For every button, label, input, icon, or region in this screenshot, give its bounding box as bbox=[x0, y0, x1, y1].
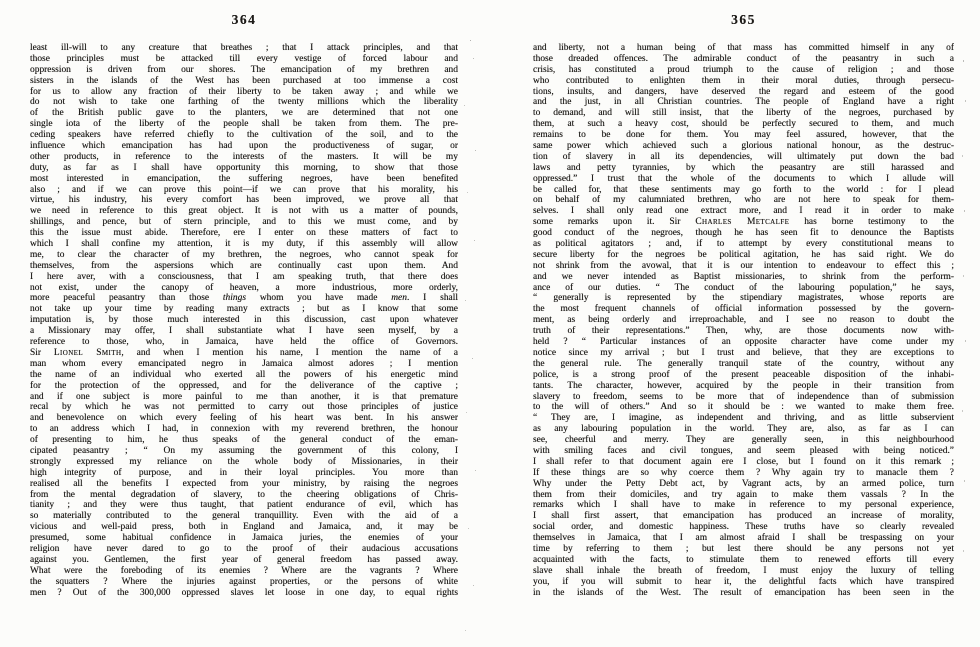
text-line: “ generally is represented by the stipen… bbox=[533, 293, 954, 304]
page-text-left: least ill-will to any creature that brea… bbox=[30, 43, 458, 598]
text-line: selves. I shall only read one extract mo… bbox=[533, 206, 954, 217]
text-line: do not wish to take one farthing of the … bbox=[30, 97, 458, 108]
text-line: be called for, that these sentiments may… bbox=[533, 185, 954, 196]
text-line: themselves in Jamaica, that I am almost … bbox=[533, 533, 954, 544]
text-line: shillings, and pence, but of stern princ… bbox=[30, 217, 458, 228]
text-line: other products, in reference to the inte… bbox=[30, 152, 458, 163]
text-line: What were the foreboding of its enemies … bbox=[30, 566, 458, 577]
page-text-right: and liberty, not a human being of that m… bbox=[533, 43, 954, 598]
text-line: virtue, his industry, his every comfort … bbox=[30, 195, 458, 206]
text-line: those principles must be attacked till e… bbox=[30, 54, 458, 65]
text-line: same power which achieved such a gloriou… bbox=[533, 141, 954, 152]
text-segment: some remarks upon it. Sir bbox=[533, 217, 695, 227]
text-line: imputation is, by those much interested … bbox=[30, 315, 458, 326]
text-line: ance of our duties. “ The conduct of the… bbox=[533, 283, 954, 294]
text-segment-italic: men bbox=[391, 293, 407, 303]
text-line: truth of their representations.” Then, w… bbox=[533, 326, 954, 337]
text-line: for the protection of the oppressed, and… bbox=[30, 381, 458, 392]
text-line: presumed, some habitual confidence in Ja… bbox=[30, 533, 458, 544]
text-line: notice since my arrival ; but I trust an… bbox=[533, 348, 954, 359]
text-line: I here aver, with a consciousness, that … bbox=[30, 272, 458, 283]
text-line: on behalf of my calumniated brethren, wh… bbox=[533, 195, 954, 206]
text-line: acquainted with the facts, to stimulate … bbox=[533, 555, 954, 566]
text-line: you, if you will submit to hear it, the … bbox=[533, 577, 954, 588]
text-line: most interested in emancipation, the suf… bbox=[30, 174, 458, 185]
text-line: ment, as being orderly and irreproachabl… bbox=[533, 315, 954, 326]
text-line: from the mental degradation of slavery, … bbox=[30, 490, 458, 501]
text-line: least ill-will to any creature that brea… bbox=[30, 43, 458, 54]
text-line: and liberty, not a human being of that m… bbox=[533, 43, 954, 54]
text-line: time by referring to them ; but lest the… bbox=[533, 544, 954, 555]
text-segment-italic: things bbox=[223, 293, 246, 303]
text-segment: Sir bbox=[30, 348, 54, 358]
text-line: the most frequent channels of official i… bbox=[533, 304, 954, 315]
text-line: to the will of others.” And so it should… bbox=[533, 402, 954, 413]
text-line: and benevolence on which every feeling o… bbox=[30, 413, 458, 424]
text-line: those dreaded offences. The admirable co… bbox=[533, 54, 954, 65]
text-line: also ; and if we can prove this point—if… bbox=[30, 185, 458, 196]
text-line: men ? Out of the 300,000 oppressed slave… bbox=[30, 588, 458, 599]
text-line: oppressed.” I trust that the whole of th… bbox=[533, 174, 954, 185]
text-line: some remarks upon it. Sir Charles Metcal… bbox=[533, 217, 954, 228]
text-segment: has borne testimony to the bbox=[789, 217, 954, 227]
text-line: the squatters ? Where the injuries again… bbox=[30, 577, 458, 588]
text-segment-smallcaps: Lionel Smith bbox=[54, 348, 122, 358]
text-line: them from their domiciles, and try again… bbox=[533, 490, 954, 501]
text-line: reference to those, who, in Jamaica, hav… bbox=[30, 337, 458, 348]
text-line: duty, as far as I shall have opportunity… bbox=[30, 163, 458, 174]
text-line: slavery to freedom, seems to be more tha… bbox=[533, 392, 954, 403]
text-line: remains to be done for them. You may fee… bbox=[533, 130, 954, 141]
text-line: “ They are, I imagine, as independent an… bbox=[533, 413, 954, 424]
text-line: the general rule. The generally tranquil… bbox=[533, 359, 954, 370]
page-number-left: 364 bbox=[30, 12, 458, 28]
text-line: to demand, and will still insist, that t… bbox=[533, 108, 954, 119]
text-line: more peaceful peasantry than those thing… bbox=[30, 293, 458, 304]
text-line: and the just, in all Christian countries… bbox=[533, 97, 954, 108]
text-segment: whom you have made bbox=[246, 293, 391, 303]
text-line: sisters in the islands of the West has b… bbox=[30, 76, 458, 87]
text-line: police, is a strong proof of the present… bbox=[533, 370, 954, 381]
text-line: vicious and well-paid press, both in Eng… bbox=[30, 522, 458, 533]
text-line: not shrink from the avowal, that it is o… bbox=[533, 261, 954, 272]
text-line: tion of slavery in all its dependencies,… bbox=[533, 152, 954, 163]
text-line: Why under the Petty Debt act, by Vagrant… bbox=[533, 479, 954, 490]
text-line: who contributed to enlighten them in the… bbox=[533, 76, 954, 87]
text-line: for us to allow any fraction of their li… bbox=[30, 87, 458, 98]
text-line: religion have never dared to go to the p… bbox=[30, 544, 458, 555]
text-line: of the British public gave to the plante… bbox=[30, 108, 458, 119]
text-segment-smallcaps: Charles Metcalfe bbox=[695, 217, 789, 227]
text-line: against you. Gentlemen, the first year o… bbox=[30, 555, 458, 566]
text-line: so materially contributed to the general… bbox=[30, 511, 458, 522]
text-line: as political agitators ; and, if to atte… bbox=[533, 239, 954, 250]
scanned-book-spread: 364 least ill-will to any creature that … bbox=[0, 0, 980, 647]
text-line: If these things are so why coerce them ?… bbox=[533, 468, 954, 479]
text-line: themselves, from the aspersions which ar… bbox=[30, 261, 458, 272]
text-line: them, at such a heavy cost, should be pe… bbox=[533, 119, 954, 130]
text-segment: more peaceful peasantry than those bbox=[30, 293, 223, 303]
text-line: social order, and domestic happiness. Th… bbox=[533, 522, 954, 533]
page-number-right: 365 bbox=[533, 12, 954, 28]
text-line: oppression is driven from our shores. Th… bbox=[30, 65, 458, 76]
text-line: I shall first assert, that emancipation … bbox=[533, 511, 954, 522]
text-line: strongly expressed my reliance on the wh… bbox=[30, 457, 458, 468]
text-line: I shall refer to that document again ere… bbox=[533, 457, 954, 468]
text-line: good conduct of the negroes, though he h… bbox=[533, 228, 954, 239]
text-line: man whom every emancipated negro in Jama… bbox=[30, 359, 458, 370]
text-line: a Missionary may offer, I shall substant… bbox=[30, 326, 458, 337]
text-line: remarks which I shall have to make in re… bbox=[533, 500, 954, 511]
text-line: tants. The character, however, acquired … bbox=[533, 381, 954, 392]
text-line: recal by which he was not permitted to c… bbox=[30, 402, 458, 413]
text-segment: . I shall bbox=[407, 293, 458, 303]
text-line: slave shall inhale the breath of freedom… bbox=[533, 566, 954, 577]
scan-artifact-gutter bbox=[470, 40, 471, 41]
text-line: we need in reference to this great objec… bbox=[30, 206, 458, 217]
text-line: single iota of the liberty of the people… bbox=[30, 119, 458, 130]
text-line: ceding speakers have referred chiefly to… bbox=[30, 130, 458, 141]
text-line: crisis, has constituted a proud triumph … bbox=[533, 65, 954, 76]
text-line: this the issue must abide. Therefore, er… bbox=[30, 228, 458, 239]
text-line: cipated peasantry ; “ On my assuming the… bbox=[30, 446, 458, 457]
text-line: and we never intended as Baptist mission… bbox=[533, 272, 954, 283]
text-line: me, to clear the character of my brethre… bbox=[30, 250, 458, 261]
text-line: tions, insults, and dangers, have deserv… bbox=[533, 87, 954, 98]
text-line: not exist, under the canopy of heaven, a… bbox=[30, 283, 458, 294]
page-364: 364 least ill-will to any creature that … bbox=[30, 12, 458, 598]
text-line: to an address which I had, in connexion … bbox=[30, 424, 458, 435]
text-line: of presenting to him, he thus speaks of … bbox=[30, 435, 458, 446]
text-line: and if one subject is more painful to me… bbox=[30, 392, 458, 403]
text-line: realised all the benefits I expected fro… bbox=[30, 479, 458, 490]
text-line: not take up your time by reading many ex… bbox=[30, 304, 458, 315]
text-segment: , and when I mention his name, I mention… bbox=[121, 348, 458, 358]
text-line: the name of an individual who exerted al… bbox=[30, 370, 458, 381]
text-line: with smiling faces and civil tongues, an… bbox=[533, 446, 954, 457]
text-line: tianity ; and they were thus taught, tha… bbox=[30, 500, 458, 511]
text-line: laws and petty tyrannies, by which the p… bbox=[533, 163, 954, 174]
text-line: which I shall confine my attention, it i… bbox=[30, 239, 458, 250]
scan-artifact-fore-edge bbox=[963, 60, 964, 62]
text-line: influence which emancipation has had upo… bbox=[30, 141, 458, 152]
text-line: as any labouring population in the world… bbox=[533, 424, 954, 435]
text-line: Sir Lionel Smith, and when I mention his… bbox=[30, 348, 458, 359]
text-line: in the islands of the West. The result o… bbox=[533, 588, 954, 599]
text-line: held ? “ Particular instances of an oppo… bbox=[533, 337, 954, 348]
text-line: see, cheerful and merry. They are genera… bbox=[533, 435, 954, 446]
page-365: 365 and liberty, not a human being of th… bbox=[533, 12, 954, 598]
text-line: secure liberty for the negroes be politi… bbox=[533, 250, 954, 261]
text-line: high integrity of purpose, and in their … bbox=[30, 468, 458, 479]
